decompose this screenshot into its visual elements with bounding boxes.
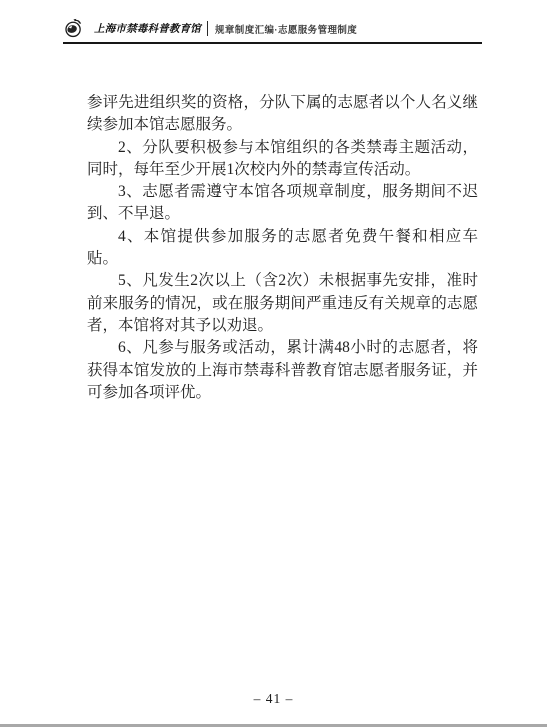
page-number: – 41 – bbox=[0, 691, 547, 707]
body-text-line: 者，本馆将对其予以劝退。 bbox=[87, 315, 478, 337]
body-text: 参评先进组织奖的资格，分队下属的志愿者以个人名义继 续参加本馆志愿服务。 2、分… bbox=[87, 92, 478, 404]
body-text-line: 参评先进组织奖的资格，分队下属的志愿者以个人名义继 bbox=[87, 92, 478, 114]
section-title: 规章制度汇编·志愿服务管理制度 bbox=[215, 22, 357, 36]
body-text-line: 获得本馆发放的上海市禁毒科普教育馆志愿者服务证，并 bbox=[87, 360, 478, 382]
document-page: { "page": { "background": "#ffffff", "in… bbox=[0, 0, 547, 727]
body-text-line: 2、分队要积极参与本馆组织的各类禁毒主题活动， bbox=[87, 137, 478, 159]
body-text-line: 贴。 bbox=[87, 248, 478, 270]
body-text-line: 5、凡发生2次以上（含2次）未根据事先安排，准时 bbox=[87, 270, 478, 292]
body-text-line: 4、本馆提供参加服务的志愿者免费午餐和相应车 bbox=[87, 226, 478, 248]
body-text-line: 6、凡参与服务或活动，累计满48小时的志愿者，将 bbox=[87, 337, 478, 359]
body-text-line: 同时，每年至少开展1次校内外的禁毒宣传活动。 bbox=[87, 159, 478, 181]
body-text-line: 3、志愿者需遵守本馆各项规章制度，服务期间不迟 bbox=[87, 181, 478, 203]
body-text-line: 到、不早退。 bbox=[87, 203, 478, 225]
anti-drug-museum-logo-icon bbox=[64, 18, 83, 39]
body-text-line: 可参加各项评优。 bbox=[87, 382, 478, 404]
org-name: 上海市禁毒科普教育馆 bbox=[94, 21, 201, 36]
body-text-line: 续参加本馆志愿服务。 bbox=[87, 114, 478, 136]
page-header: 上海市禁毒科普教育馆 规章制度汇编·志愿服务管理制度 bbox=[63, 15, 482, 44]
header-divider bbox=[207, 21, 208, 36]
body-text-line: 前来服务的情况，或在服务期间严重违反有关规章的志愿 bbox=[87, 293, 478, 315]
